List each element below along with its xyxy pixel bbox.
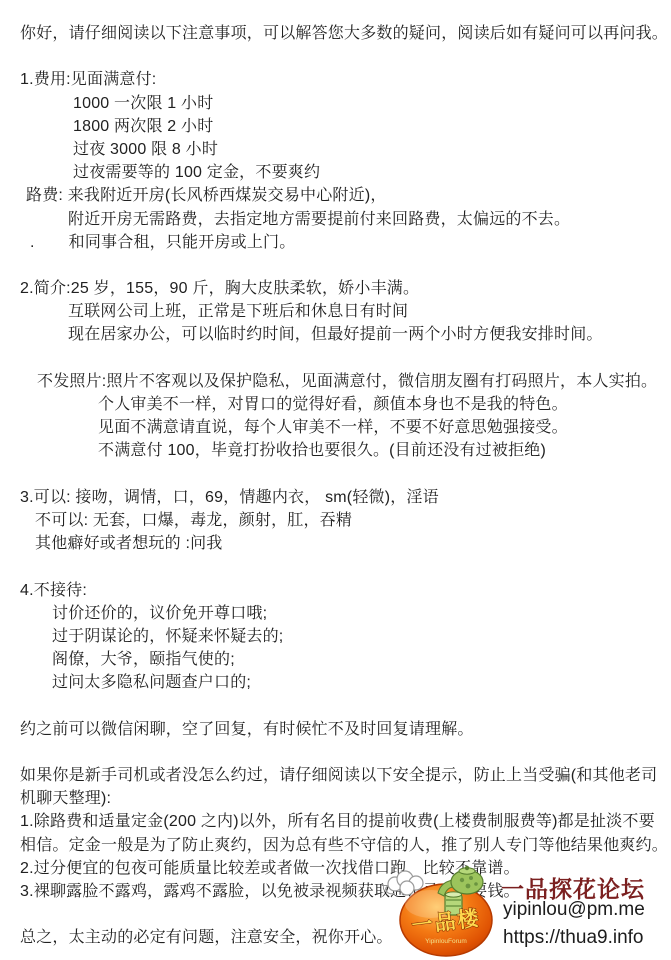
teapot-icon xyxy=(438,866,483,896)
profile-heading: 2.简介:25 岁，155，90 斤，胸大皮肤柔软，娇小丰满。 xyxy=(20,277,665,300)
services-other-line: 其他癖好或者想玩的 :问我 xyxy=(35,532,665,555)
profile-line: 现在居家办公，可以临时约时间，但最好提前一两个小时方便我安排时间。 xyxy=(68,323,665,346)
services-cannot-line: 不可以: 无套，口爆，毒龙，颜射，肛，吞精 xyxy=(35,509,665,532)
leading-dot: . xyxy=(30,231,35,254)
no-serve-item: 过于阴谋论的，怀疑来怀疑去的; xyxy=(52,625,665,648)
logo-subtext: YipinlouForum xyxy=(425,938,467,945)
no-serve-item: 阁僚，大爷，颐指气使的; xyxy=(52,648,665,671)
forum-email: yipinlou@pm.me xyxy=(503,899,645,921)
profile-line: 互联网公司上班，正常是下班后和休息日有时间 xyxy=(68,300,665,323)
services-can-line: 3.可以: 接吻，调情，口，69，情趣内衣， sm(轻微)，淫语 xyxy=(20,486,665,509)
no-serve-heading: 4.不接待: xyxy=(20,579,665,602)
safety-intro-line: 如果你是新手司机或者没怎么约过，请仔细阅读以下安全提示，防止上当受骗(和其他老司 xyxy=(20,764,665,787)
notice-page: 你好，请仔细阅读以下注意事项，可以解答您大多数的疑问，阅读后如有疑问可以再问我。… xyxy=(0,0,671,960)
travel-fee-note: 附近开房无需路费，去指定地方需要提前付来回路费，太偏远的不去。 xyxy=(68,208,665,231)
no-photos-line: 个人审美不一样，对胃口的觉得好看，颜值本身也不是我的特色。 xyxy=(98,393,665,416)
greeting-line: 你好，请仔细阅读以下注意事项，可以解答您大多数的疑问，阅读后如有疑问可以再问我。 xyxy=(20,22,665,45)
fee-item: 过夜 3000 限 8 小时 xyxy=(73,138,665,161)
chat-note-line: 约之前可以微信闲聊，空了回复，有时候忙不及时回复请理解。 xyxy=(20,718,665,741)
roommate-note-line: .和同事合租，只能开房或上门。 xyxy=(20,231,665,254)
fee-item: 1800 两次限 2 小时 xyxy=(73,115,665,138)
fees-heading: 1.费用:见面满意付: xyxy=(20,68,665,91)
no-photos-heading: 不发照片:照片不客观以及保护隐私，见面满意付，微信朋友圈有打码照片，本人实拍。 xyxy=(37,370,665,393)
fee-item: 过夜需要等的 100 定金，不要爽约 xyxy=(73,161,665,184)
safety-tip: 1.除路费和适量定金(200 之内)以外，所有名目的提前收费(上楼费制服费等)都… xyxy=(20,810,665,833)
forum-url: https://thua9.info xyxy=(503,927,644,949)
travel-fee-line: 路费: 来我附近开房(长风桥西煤炭交易中心附近)， xyxy=(26,184,665,207)
fee-item: 1000 一次限 1 小时 xyxy=(73,92,665,115)
forum-logo: 一品楼 YipinlouForum xyxy=(383,862,498,960)
safety-tip: 相信。定金一般是为了防止爽约，因为总有些不守信的人，推了别人专门等他结果他爽约。 xyxy=(20,834,665,857)
no-serve-item: 过问太多隐私问题查户口的; xyxy=(52,671,665,694)
no-photos-line: 不满意付 100，毕竟打扮收拾也要很久。(目前还没有过被拒绝) xyxy=(98,439,665,462)
safety-intro-line: 机聊天整理): xyxy=(20,787,665,810)
notice-text-body: 你好，请仔细阅读以下注意事项，可以解答您大多数的疑问，阅读后如有疑问可以再问我。… xyxy=(20,22,665,950)
no-serve-item: 讨价还价的，议价免开尊口哦; xyxy=(52,602,665,625)
roommate-note: 和同事合租，只能开房或上门。 xyxy=(69,231,296,254)
no-photos-line: 见面不满意请直说，每个人审美不一样，不要不好意思勉强接受。 xyxy=(98,416,665,439)
